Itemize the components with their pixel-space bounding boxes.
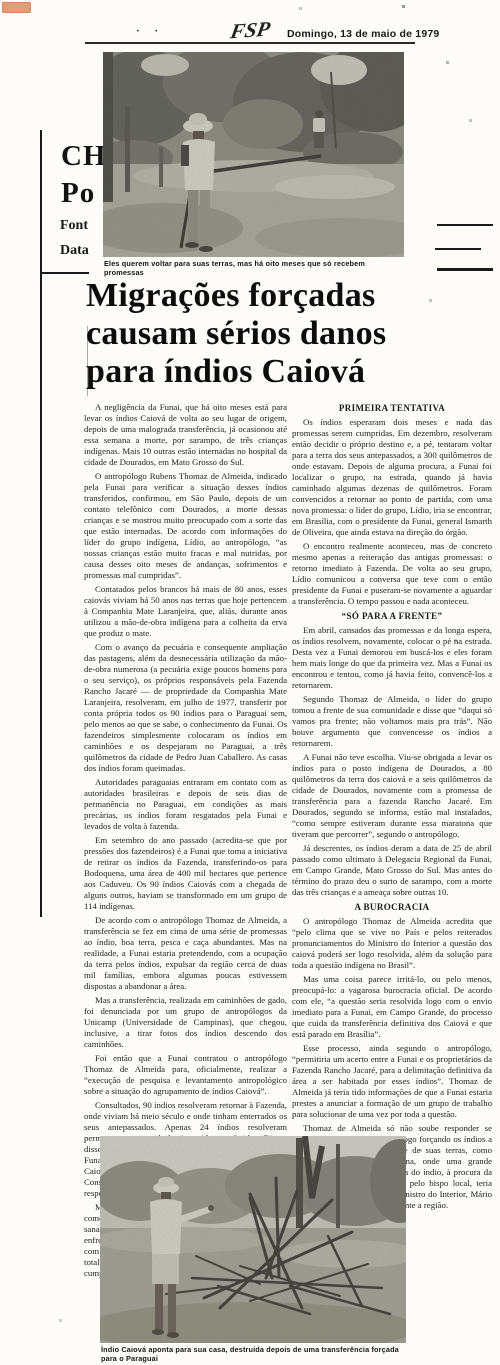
form-horizontal-rule: [40, 272, 89, 274]
article-paragraph: Esse processo, ainda segundo o antropólo…: [292, 1040, 492, 1120]
article-paragraph: Mas a transferência, realizada em caminh…: [84, 992, 287, 1050]
section-heading: PRIMEIRA TENTATIVA: [292, 399, 492, 414]
pen-dash: [437, 268, 493, 271]
form-vertical-rule: [40, 130, 42, 917]
article-paragraph: Com o avanço da pecuária e consequente a…: [84, 639, 287, 774]
paper-specks: [0, 0, 1, 1]
headline-line: causam sérios danos: [86, 315, 420, 353]
article-paragraph: O antropólogo Rubens Thomaz de Almeida, …: [84, 468, 287, 581]
form-field-data: Data: [60, 243, 89, 259]
headline-line: para índios Caiová: [86, 353, 420, 391]
corner-stamp: [2, 2, 31, 13]
headline-line: Migrações forçadas: [86, 277, 420, 315]
pen-dash: [435, 248, 481, 250]
photo-destroyed-house: [100, 1136, 406, 1343]
form-field-fonte: Font: [60, 218, 88, 234]
fsp-handwriting: FSP: [228, 17, 272, 45]
header-rule: [85, 42, 415, 44]
article-paragraph: De acordo com o antropólogo Thomaz de Al…: [84, 912, 287, 992]
article-paragraph: Em abril, cansados das promessas e da lo…: [292, 622, 492, 691]
header-dots: · ·: [136, 25, 164, 37]
article-paragraph: Os índios esperaram dois meses e nada da…: [292, 414, 492, 538]
section-heading: “SÓ PARA A FRENTE”: [292, 607, 492, 622]
article-paragraph: O encontro realmente aconteceu, mas de c…: [292, 538, 492, 607]
pen-dash: [437, 224, 493, 226]
edition-date: Domingo, 13 de maio de 1979: [287, 28, 439, 40]
article-paragraph: Em setembro do ano passado (acredita-se …: [84, 832, 287, 912]
article-paragraph: Autoridades paraguaias entraram em conta…: [84, 774, 287, 832]
article-paragraph: Mas uma coisa parece irritá-lo, ou pelo …: [292, 971, 492, 1040]
form-field-ch: CH: [61, 140, 107, 173]
photo-indians-field: [103, 52, 404, 257]
article-paragraph: A negligência da Funai, que há oito mese…: [84, 399, 287, 468]
newspaper-page: · · FSP Domingo, 13 de maio de 1979 CH P…: [0, 0, 500, 1365]
photo-top-caption: Eles querem voltar para suas terras, mas…: [104, 259, 404, 277]
article-paragraph: Foi então que a Funai contratou o antrop…: [84, 1050, 287, 1097]
form-field-po: Po: [61, 177, 95, 210]
photo-bottom-caption: Índio Caiová aponta para sua casa, destr…: [101, 1345, 411, 1363]
article-column-right: PRIMEIRA TENTATIVAOs índios esperaram do…: [292, 399, 492, 1211]
article-paragraph: Já descrentes, os índios deram a data de…: [292, 840, 492, 898]
article-paragraph: A Funai não teve escolha. Viu-se obrigad…: [292, 749, 492, 840]
section-heading: A BUROCRACIA: [292, 898, 492, 913]
article-paragraph: Segundo Thomaz de Almeida, o líder do gr…: [292, 691, 492, 749]
article-paragraph: Contatados pelos brancos há mais de 80 a…: [84, 581, 287, 639]
article-paragraph: O antropólogo Thomaz de Almeida acredita…: [292, 913, 492, 971]
headline: Migrações forçadas causam sérios danos p…: [86, 277, 420, 391]
